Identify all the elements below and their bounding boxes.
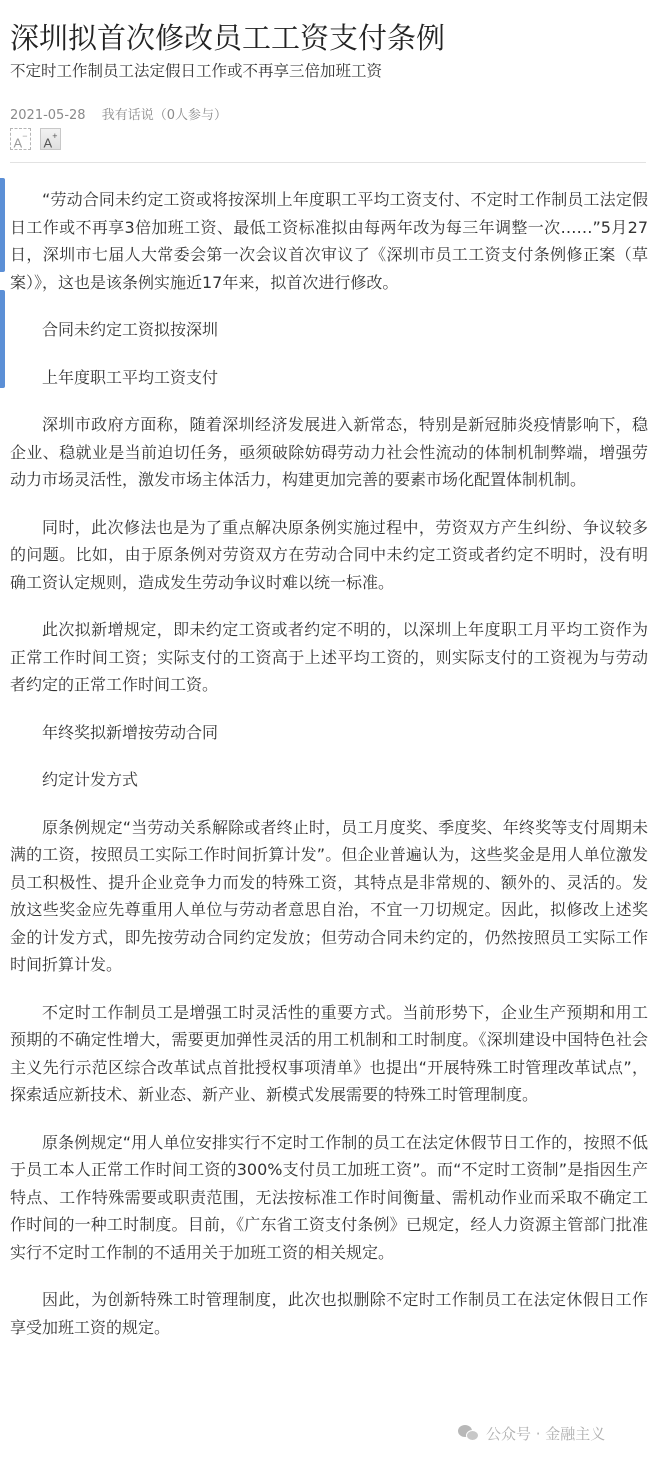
- article-paragraph: 同时，此次修法也是为了重点解决原条例实施过程中，劳资双方产生纠纷、争议较多的问题…: [10, 514, 648, 597]
- section-heading: 合同未约定工资拟按深圳: [10, 316, 648, 344]
- font-size-controls: A− A+: [10, 128, 61, 150]
- minus-icon: −: [22, 131, 27, 141]
- article-paragraph: 因此，为创新特殊工时管理制度，此次也拟删除不定时工作制员工在法定休假日工作享受加…: [10, 1286, 648, 1341]
- font-decrease-label: A: [14, 135, 23, 150]
- article-paragraph: 原条例规定“用人单位安排实行不定时工作制的员工在法定休假节日工作的，按照不低于员…: [10, 1129, 648, 1267]
- article-paragraph: “劳动合同未约定工资或将按深圳上年度职工平均工资支付、不定时工作制员工法定假日工…: [10, 186, 648, 296]
- article-page: 深圳拟首次修改员工工资支付条例 不定时工作制员工法定假日工作或不再享三倍加班工资…: [0, 0, 659, 1464]
- page-subtitle: 不定时工作制员工法定假日工作或不再享三倍加班工资: [10, 60, 382, 82]
- article-paragraph: 此次拟新增规定，即未约定工资或者约定不明的，以深圳上年度职工月平均工资作为正常工…: [10, 616, 648, 699]
- header-divider: [10, 162, 646, 163]
- watermark: 公众号 · 金融主义: [458, 1423, 605, 1445]
- font-increase-label: A: [44, 135, 53, 150]
- comment-link[interactable]: 我有话说（0人参与）: [102, 108, 227, 123]
- section-heading: 约定计发方式: [10, 766, 648, 794]
- article-body: “劳动合同未约定工资或将按深圳上年度职工平均工资支付、不定时工作制员工法定假日工…: [10, 186, 648, 1361]
- article-paragraph: 不定时工作制员工是增强工时灵活性的重要方式。当前形势下，企业生产预期和用工预期的…: [10, 999, 648, 1109]
- section-heading: 年终奖拟新增按劳动合同: [10, 719, 648, 747]
- article-paragraph: 深圳市政府方面称，随着深圳经济发展进入新常态，特别是新冠肺炎疫情影响下，稳企业、…: [10, 411, 648, 494]
- publish-date: 2021-05-28: [10, 108, 86, 123]
- article-meta: 2021-05-28 我有话说（0人参与）: [10, 106, 227, 126]
- page-title: 深圳拟首次修改员工工资支付条例: [10, 19, 445, 57]
- wechat-icon: [458, 1425, 480, 1443]
- section-heading: 上年度职工平均工资支付: [10, 364, 648, 392]
- increase-font-button[interactable]: A+: [40, 128, 61, 150]
- decrease-font-button[interactable]: A−: [10, 128, 31, 150]
- scroll-indicator-bar: [0, 178, 5, 272]
- watermark-text: 公众号 · 金融主义: [486, 1423, 605, 1445]
- plus-icon: +: [52, 131, 57, 141]
- article-paragraph: 原条例规定“当劳动关系解除或者终止时，员工月度奖、季度奖、年终奖等支付周期未满的…: [10, 814, 648, 979]
- scroll-indicator-bar: [0, 290, 5, 388]
